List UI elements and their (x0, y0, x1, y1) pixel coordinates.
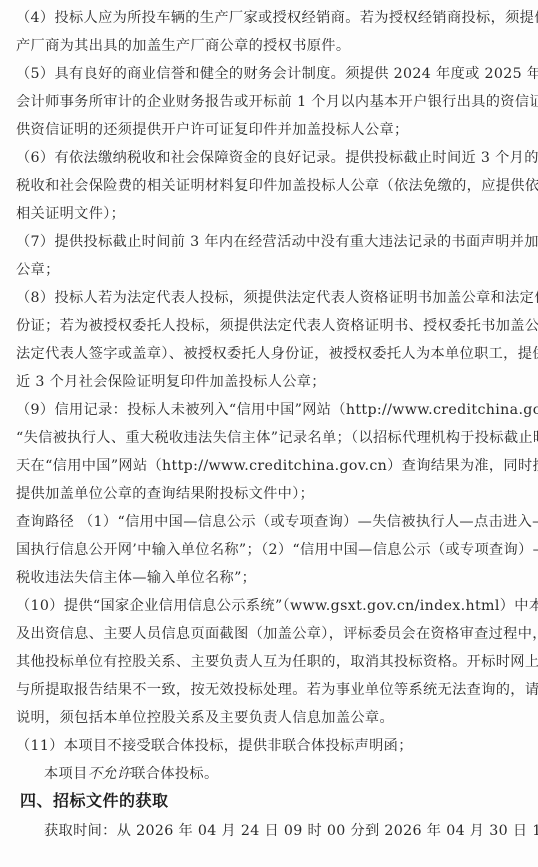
text-line: 供资信证明的还须提供开户许可证复印件并加盖投标人公章； (16, 121, 530, 139)
text-line: （6）有依法缴纳税收和社会保障资金的良好记录。提供投标截止时间近 3 个月的依法… (16, 149, 530, 167)
text-line: （9）信用记录：投标人未被列入“信用中国”网站（http://www.credi… (16, 401, 530, 419)
text-line: 说明，须包括本单位控股关系及主要负责人信息加盖公章。 (16, 709, 530, 727)
consortium-note: 本项目不允许联合体投标。 (44, 765, 530, 783)
text-line: （10）提供“国家企业信用信息公示系统”（www.gsxt.gov.cn/ind… (16, 597, 530, 615)
consortium-note-emphasis: 不允许 (88, 766, 132, 782)
document-page: （4）投标人应为所投车辆的生产厂家或授权经销商。若为授权经销商投标，须提供车辆生… (0, 0, 538, 867)
text-line: 提供加盖单位公章的查询结果附投标文件中）； (16, 485, 530, 503)
text-line: 查询路径 （1）“信用中国—信息公示（或专项查询）—失信被执行人—点击进入—在‘… (16, 513, 530, 531)
consortium-note-suffix: 联合体投标。 (131, 766, 218, 782)
text-line: 产厂商为其出具的加盖生产厂商公章的授权书原件。 (16, 37, 530, 55)
text-line: 近 3 个月社会保险证明复印件加盖投标人公章； (16, 373, 530, 391)
text-line: 法定代表人签字或盖章）、被授权委托人身份证，被授权委托人为本单位职工，提供开标前 (16, 345, 530, 363)
text-line: （5）具有良好的商业信誉和健全的财务会计制度。须提供 2024 年度或 2025… (16, 65, 530, 83)
text-line: 与所提取报告结果不一致，按无效投标处理。若为事业单位等系统无法查询的，请提供情况 (16, 681, 530, 699)
text-line: （7）提供投标截止时间前 3 年内在经营活动中没有重大违法记录的书面声明并加盖投… (16, 233, 530, 251)
text-line: 国执行信息公开网’中输入单位名称”；（2）“信用中国—信息公示（或专项查询）—重… (16, 541, 530, 559)
text-line: 公章； (16, 261, 530, 279)
text-line: 份证；若为被授权委托人投标，须提供法定代表人资格证明书、授权委托书加盖公章（需由 (16, 317, 530, 335)
text-line: （11）本项目不接受联合体投标，提供非联合体投标声明函； (16, 737, 530, 755)
text-line: “失信被执行人、重大税收违法失信主体”记录名单；（以招标代理机构于投标截止时间当 (16, 429, 530, 447)
text-line: 相关证明文件）； (16, 205, 530, 223)
acquisition-time: 获取时间：从 2026 年 04 月 24 日 09 时 00 分到 2026 … (44, 822, 530, 840)
text-line: 税收和社会保险费的相关证明材料复印件加盖投标人公章（依法免缴的，应提供依法免缴的 (16, 177, 530, 195)
text-line: 其他投标单位有控股关系、主要负责人互为任职的，取消其投标资格。开标时网上核验，如 (16, 653, 530, 671)
text-line: 会计师事务所审计的企业财务报告或开标前 1 个月以内基本开户银行出具的资信证明，… (16, 93, 530, 111)
text-line: 天在“信用中国”网站（http://www.creditchina.gov.cn… (16, 457, 530, 475)
text-line: （4）投标人应为所投车辆的生产厂家或授权经销商。若为授权经销商投标，须提供车辆生 (16, 9, 530, 27)
section-heading: 四、招标文件的获取 (20, 791, 169, 811)
text-line: 及出资信息、主要人员信息页面截图（加盖公章），评标委员会在资格审查过程中，认定和 (16, 625, 530, 643)
consortium-note-prefix: 本项目 (44, 766, 88, 782)
text-line: 税收违法失信主体—输入单位名称”； (16, 569, 530, 587)
text-line: （8）投标人若为法定代表人投标，须提供法定代表人资格证明书加盖公章和法定代表人身 (16, 289, 530, 307)
